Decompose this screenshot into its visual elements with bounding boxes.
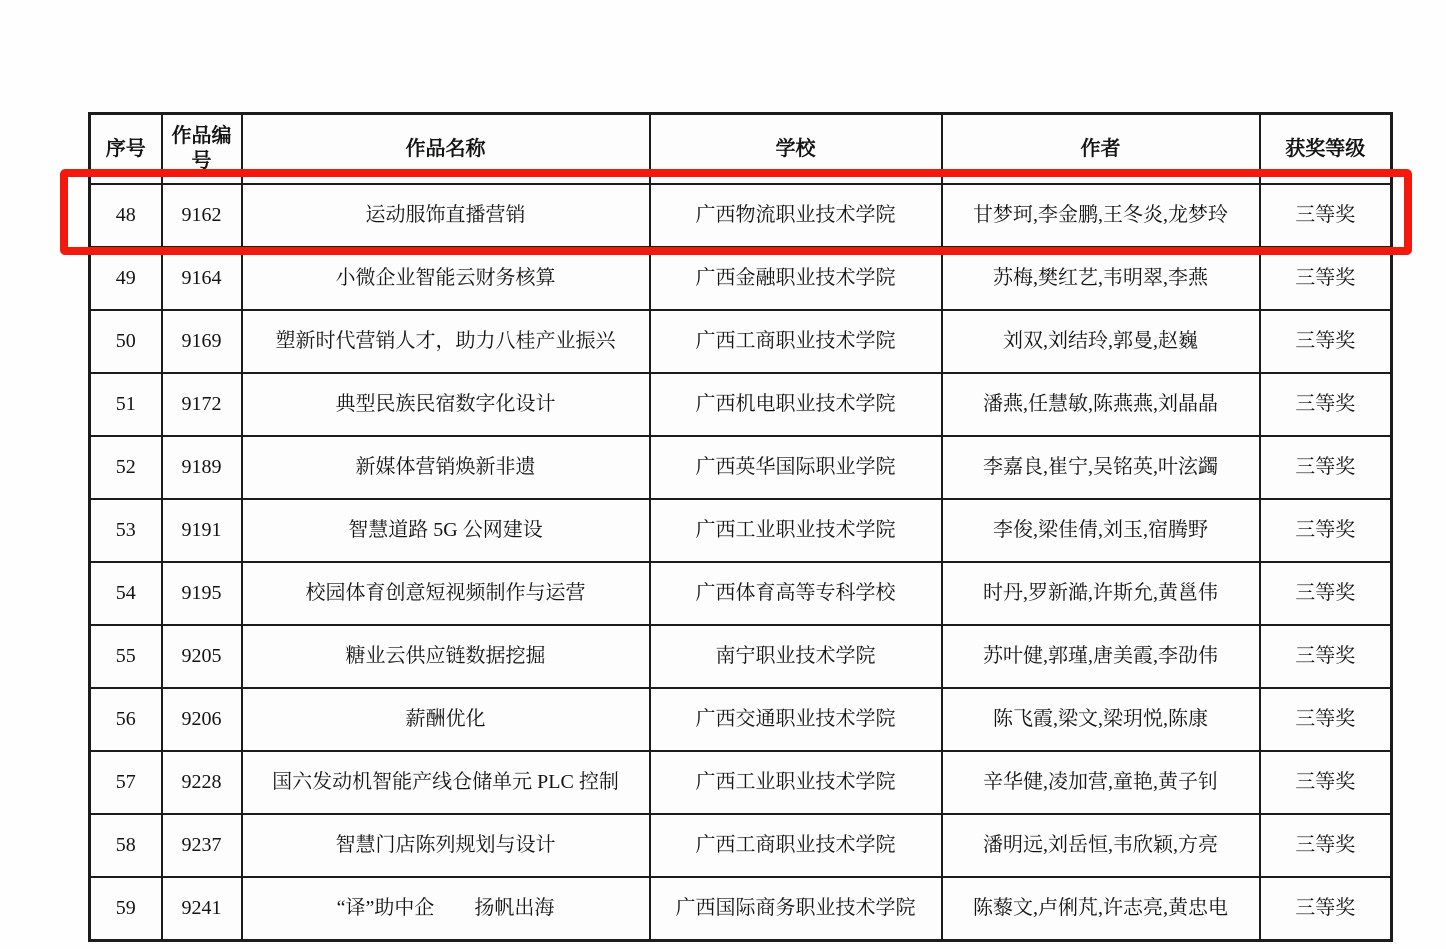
cell-award-level: 三等奖 xyxy=(1260,814,1392,877)
cell-school: 广西工商职业技术学院 xyxy=(650,814,942,877)
cell-work-title: “译”助中企 扬帆出海 xyxy=(242,877,650,941)
cell-work-code: 9241 xyxy=(162,877,242,941)
cell-authors: 陈飞霞,梁文,梁玥悦,陈康 xyxy=(942,688,1260,751)
cell-school: 广西物流职业技术学院 xyxy=(650,184,942,247)
cell-award-level: 三等奖 xyxy=(1260,247,1392,310)
cell-school: 广西金融职业技术学院 xyxy=(650,247,942,310)
table-row: 55 9205 糖业云供应链数据挖掘 南宁职业技术学院 苏叶健,郭瑾,唐美霞,李… xyxy=(90,625,1392,688)
cell-authors: 苏梅,樊红艺,韦明翠,李燕 xyxy=(942,247,1260,310)
header-school: 学校 xyxy=(650,114,942,185)
cell-serial-number: 49 xyxy=(90,247,162,310)
cell-serial-number: 57 xyxy=(90,751,162,814)
cell-serial-number: 53 xyxy=(90,499,162,562)
cell-work-title: 国六发动机智能产线仓储单元 PLC 控制 xyxy=(242,751,650,814)
cell-work-title: 运动服饰直播营销 xyxy=(242,184,650,247)
cell-work-code: 9169 xyxy=(162,310,242,373)
table-row: 53 9191 智慧道路 5G 公网建设 广西工业职业技术学院 李俊,梁佳倩,刘… xyxy=(90,499,1392,562)
awards-table: 序号 作品编号 作品名称 学校 作者 获奖等级 48 9162 运动服饰直播营销… xyxy=(88,112,1393,942)
header-award-level: 获奖等级 xyxy=(1260,114,1392,185)
cell-work-code: 9191 xyxy=(162,499,242,562)
cell-authors: 苏叶健,郭瑾,唐美霞,李劭伟 xyxy=(942,625,1260,688)
cell-serial-number: 56 xyxy=(90,688,162,751)
cell-award-level: 三等奖 xyxy=(1260,625,1392,688)
cell-authors: 辛华健,凌加营,童艳,黄子钊 xyxy=(942,751,1260,814)
cell-work-code: 9237 xyxy=(162,814,242,877)
cell-authors: 李嘉良,崔宁,吴铭英,叶泫蠲 xyxy=(942,436,1260,499)
cell-work-title: 薪酬优化 xyxy=(242,688,650,751)
table-row: 50 9169 塑新时代营销人才，助力八桂产业振兴 广西工商职业技术学院 刘双,… xyxy=(90,310,1392,373)
cell-work-title: 小微企业智能云财务核算 xyxy=(242,247,650,310)
cell-authors: 陈藜文,卢俐芃,许志亮,黄忠电 xyxy=(942,877,1260,941)
table-row: 59 9241 “译”助中企 扬帆出海 广西国际商务职业技术学院 陈藜文,卢俐芃… xyxy=(90,877,1392,941)
cell-work-code: 9172 xyxy=(162,373,242,436)
cell-work-code: 9162 xyxy=(162,184,242,247)
table-header-row: 序号 作品编号 作品名称 学校 作者 获奖等级 xyxy=(90,114,1392,185)
cell-serial-number: 51 xyxy=(90,373,162,436)
table-body: 48 9162 运动服饰直播营销 广西物流职业技术学院 甘梦珂,李金鹏,王冬炎,… xyxy=(90,184,1392,941)
document-page: 序号 作品编号 作品名称 学校 作者 获奖等级 48 9162 运动服饰直播营销… xyxy=(0,0,1446,949)
cell-work-title: 智慧门店陈列规划与设计 xyxy=(242,814,650,877)
cell-school: 广西工商职业技术学院 xyxy=(650,310,942,373)
cell-work-title: 塑新时代营销人才，助力八桂产业振兴 xyxy=(242,310,650,373)
cell-award-level: 三等奖 xyxy=(1260,562,1392,625)
cell-award-level: 三等奖 xyxy=(1260,499,1392,562)
table-row: 49 9164 小微企业智能云财务核算 广西金融职业技术学院 苏梅,樊红艺,韦明… xyxy=(90,247,1392,310)
cell-award-level: 三等奖 xyxy=(1260,373,1392,436)
cell-school: 广西体育高等专科学校 xyxy=(650,562,942,625)
cell-school: 广西工业职业技术学院 xyxy=(650,751,942,814)
table-row: 51 9172 典型民族民宿数字化设计 广西机电职业技术学院 潘燕,任慧敏,陈燕… xyxy=(90,373,1392,436)
cell-school: 广西英华国际职业学院 xyxy=(650,436,942,499)
cell-work-code: 9205 xyxy=(162,625,242,688)
cell-award-level: 三等奖 xyxy=(1260,877,1392,941)
table-row: 48 9162 运动服饰直播营销 广西物流职业技术学院 甘梦珂,李金鹏,王冬炎,… xyxy=(90,184,1392,247)
cell-work-title: 新媒体营销焕新非遗 xyxy=(242,436,650,499)
cell-work-title: 典型民族民宿数字化设计 xyxy=(242,373,650,436)
cell-authors: 李俊,梁佳倩,刘玉,宿腾野 xyxy=(942,499,1260,562)
cell-authors: 刘双,刘结玲,郭曼,赵巍 xyxy=(942,310,1260,373)
cell-work-title: 糖业云供应链数据挖掘 xyxy=(242,625,650,688)
cell-school: 南宁职业技术学院 xyxy=(650,625,942,688)
cell-authors: 时丹,罗新澔,许斯允,黄邕伟 xyxy=(942,562,1260,625)
cell-work-code: 9189 xyxy=(162,436,242,499)
cell-school: 广西工业职业技术学院 xyxy=(650,499,942,562)
cell-award-level: 三等奖 xyxy=(1260,184,1392,247)
cell-serial-number: 59 xyxy=(90,877,162,941)
header-authors: 作者 xyxy=(942,114,1260,185)
cell-serial-number: 58 xyxy=(90,814,162,877)
header-serial-number: 序号 xyxy=(90,114,162,185)
cell-award-level: 三等奖 xyxy=(1260,310,1392,373)
cell-award-level: 三等奖 xyxy=(1260,688,1392,751)
table-row: 56 9206 薪酬优化 广西交通职业技术学院 陈飞霞,梁文,梁玥悦,陈康 三等… xyxy=(90,688,1392,751)
cell-work-code: 9164 xyxy=(162,247,242,310)
cell-authors: 潘燕,任慧敏,陈燕燕,刘晶晶 xyxy=(942,373,1260,436)
table-row: 52 9189 新媒体营销焕新非遗 广西英华国际职业学院 李嘉良,崔宁,吴铭英,… xyxy=(90,436,1392,499)
header-work-title: 作品名称 xyxy=(242,114,650,185)
cell-serial-number: 54 xyxy=(90,562,162,625)
cell-school: 广西国际商务职业技术学院 xyxy=(650,877,942,941)
cell-school: 广西交通职业技术学院 xyxy=(650,688,942,751)
cell-authors: 甘梦珂,李金鹏,王冬炎,龙梦玲 xyxy=(942,184,1260,247)
cell-serial-number: 50 xyxy=(90,310,162,373)
cell-work-code: 9195 xyxy=(162,562,242,625)
cell-serial-number: 55 xyxy=(90,625,162,688)
cell-serial-number: 52 xyxy=(90,436,162,499)
table-row: 54 9195 校园体育创意短视频制作与运营 广西体育高等专科学校 时丹,罗新澔… xyxy=(90,562,1392,625)
cell-school: 广西机电职业技术学院 xyxy=(650,373,942,436)
cell-serial-number: 48 xyxy=(90,184,162,247)
cell-award-level: 三等奖 xyxy=(1260,436,1392,499)
cell-work-title: 校园体育创意短视频制作与运营 xyxy=(242,562,650,625)
table-row: 57 9228 国六发动机智能产线仓储单元 PLC 控制 广西工业职业技术学院 … xyxy=(90,751,1392,814)
cell-work-code: 9206 xyxy=(162,688,242,751)
cell-work-title: 智慧道路 5G 公网建设 xyxy=(242,499,650,562)
cell-award-level: 三等奖 xyxy=(1260,751,1392,814)
cell-work-code: 9228 xyxy=(162,751,242,814)
cell-authors: 潘明远,刘岳恒,韦欣颖,方亮 xyxy=(942,814,1260,877)
table-row: 58 9237 智慧门店陈列规划与设计 广西工商职业技术学院 潘明远,刘岳恒,韦… xyxy=(90,814,1392,877)
header-work-code: 作品编号 xyxy=(162,114,242,185)
